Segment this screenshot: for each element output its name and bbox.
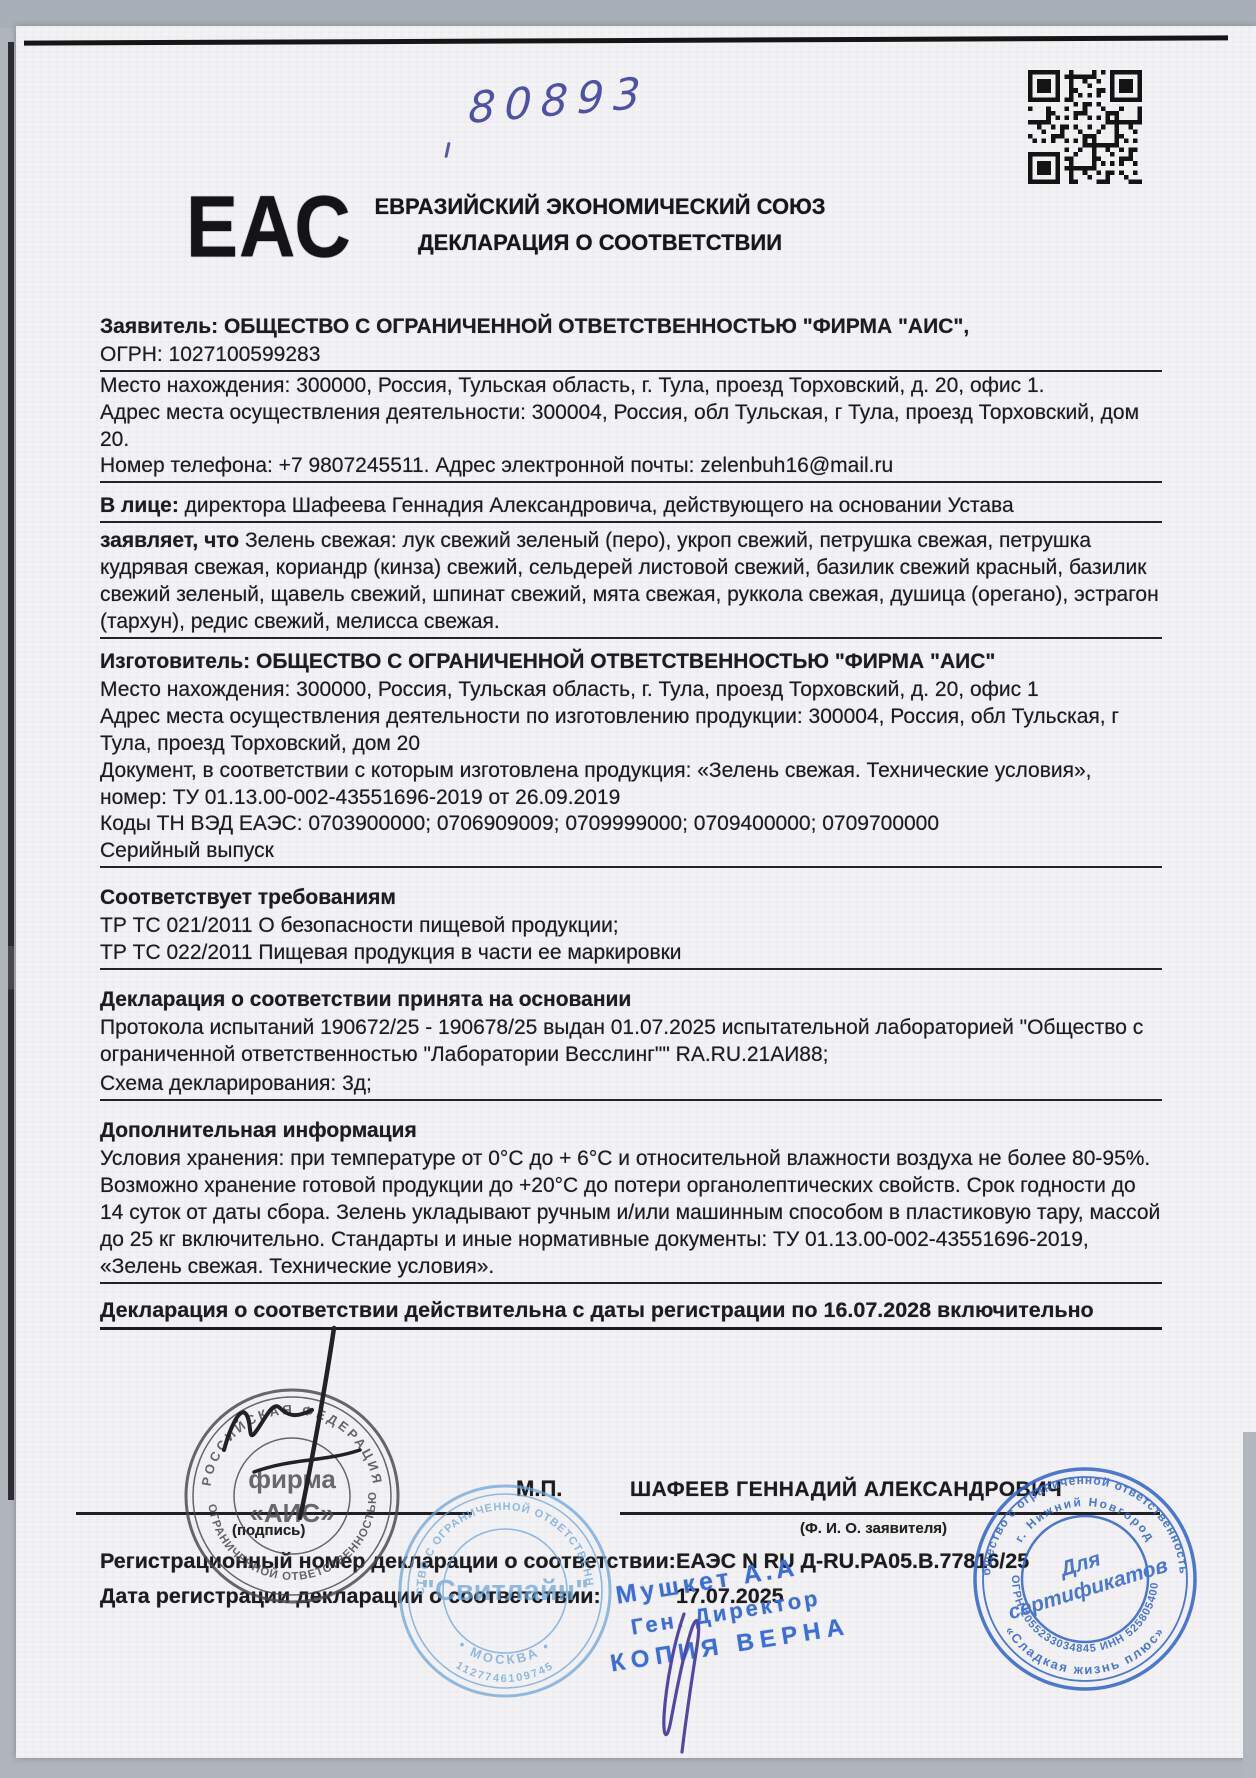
- manufacturer-label: Изготовитель:: [100, 650, 250, 673]
- sladkaya-zhizn-cert-stamp: Общество с ограниченной ответственностью…: [968, 1462, 1202, 1696]
- manufacturer-name: ОБЩЕСТВО С ОГРАНИЧЕННОЙ ОТВЕТСТВЕННОСТЬЮ…: [250, 650, 995, 673]
- compliance-title: Соответствует требованиям: [100, 884, 1162, 911]
- scanned-declaration-page: 80893 ЕАС ЕВРАЗИЙСКИЙ ЭКОНОМИЧЕСКИЙ СОЮЗ…: [0, 0, 1256, 1778]
- scan-right-gray-edge: [1243, 1432, 1256, 1778]
- applicant-phone-email: Номер телефона: +7 9807245511. Адрес эле…: [100, 452, 1162, 483]
- svitline-round-stamp: ОБЩЕСТВО С ОГРАНИЧЕННОЙ ОТВЕТСТВЕННОСТЬЮ…: [392, 1478, 618, 1704]
- representative-text: директора Шафеева Геннадия Александрович…: [179, 494, 1014, 517]
- applicant-name: ОБЩЕСТВО С ОГРАНИЧЕННОЙ ОТВЕТСТВЕННОСТЬЮ…: [218, 315, 969, 338]
- qr-code: [1028, 70, 1142, 184]
- applicant-activity-address: Адрес места осуществления деятельности: …: [100, 399, 1162, 453]
- representative-label: В лице:: [100, 494, 179, 517]
- tnved-codes: Коды ТН ВЭД ЕАЭС: 0703900000; 0706909009…: [100, 810, 1162, 837]
- statement-product-list: Зелень свежая: лук свежий зеленый (перо)…: [100, 529, 1159, 633]
- manufacturer-line: Изготовитель: ОБЩЕСТВО С ОГРАНИЧЕННОЙ ОТ…: [100, 648, 1162, 675]
- basis-text: Протокола испытаний 190672/25 - 190678/2…: [100, 1014, 1162, 1068]
- scan-left-edge-line: [8, 42, 14, 1500]
- representative-line: В лице: директора Шафеева Геннадия Алекс…: [100, 492, 1162, 523]
- document-title: ДЕКЛАРАЦИЯ О СООТВЕТСТВИИ: [150, 230, 1050, 256]
- applicant-line: Заявитель: ОБЩЕСТВО С ОГРАНИЧЕННОЙ ОТВЕТ…: [100, 313, 1162, 340]
- applicant-location: Место нахождения: 300000, Россия, Тульск…: [100, 372, 1162, 399]
- copy-stamp-pen-signature: [640, 1600, 750, 1760]
- applicant-ogrn: ОГРН: 1027100599283: [100, 341, 1162, 372]
- manufacturer-activity-address: Адрес места осуществления деятельности п…: [100, 703, 1162, 757]
- eac-logo: ЕАС: [186, 176, 352, 278]
- union-title: ЕВРАЗИЙСКИЙ ЭКОНОМИЧЕСКИЙ СОЮЗ: [150, 194, 1050, 220]
- svitline-bottom-arc: • МОСКВА •: [456, 1637, 554, 1667]
- svitline-center-name: "Свитлайн": [421, 1575, 589, 1607]
- serial-issue: Серийный выпуск: [100, 837, 1162, 868]
- manufacturer-location: Место нахождения: 300000, Россия, Тульск…: [100, 676, 1162, 703]
- statement-paragraph: заявляет, что Зелень свежая: лук свежий …: [100, 527, 1162, 639]
- manufacturer-document: Документ, в соответствии с которым изгот…: [100, 757, 1162, 811]
- svg-text:• МОСКВА •: • МОСКВА •: [456, 1637, 554, 1667]
- compliance-item-1: ТР ТС 021/2011 О безопасности пищевой пр…: [100, 912, 1162, 939]
- additional-info-text: Условия хранения: при температуре от 0°С…: [100, 1145, 1162, 1284]
- fio-caption: (Ф. И. О. заявителя): [800, 1520, 947, 1537]
- basis-title: Декларация о соответствии принята на осн…: [100, 986, 1162, 1013]
- statement-label: заявляет, что: [100, 529, 239, 552]
- additional-info-title: Дополнительная информация: [100, 1117, 1162, 1144]
- declaration-scheme: Схема декларирования: 3д;: [100, 1070, 1162, 1101]
- applicant-label: Заявитель:: [100, 315, 218, 338]
- compliance-item-2: ТР ТС 022/2011 Пищевая продукция в части…: [100, 939, 1162, 970]
